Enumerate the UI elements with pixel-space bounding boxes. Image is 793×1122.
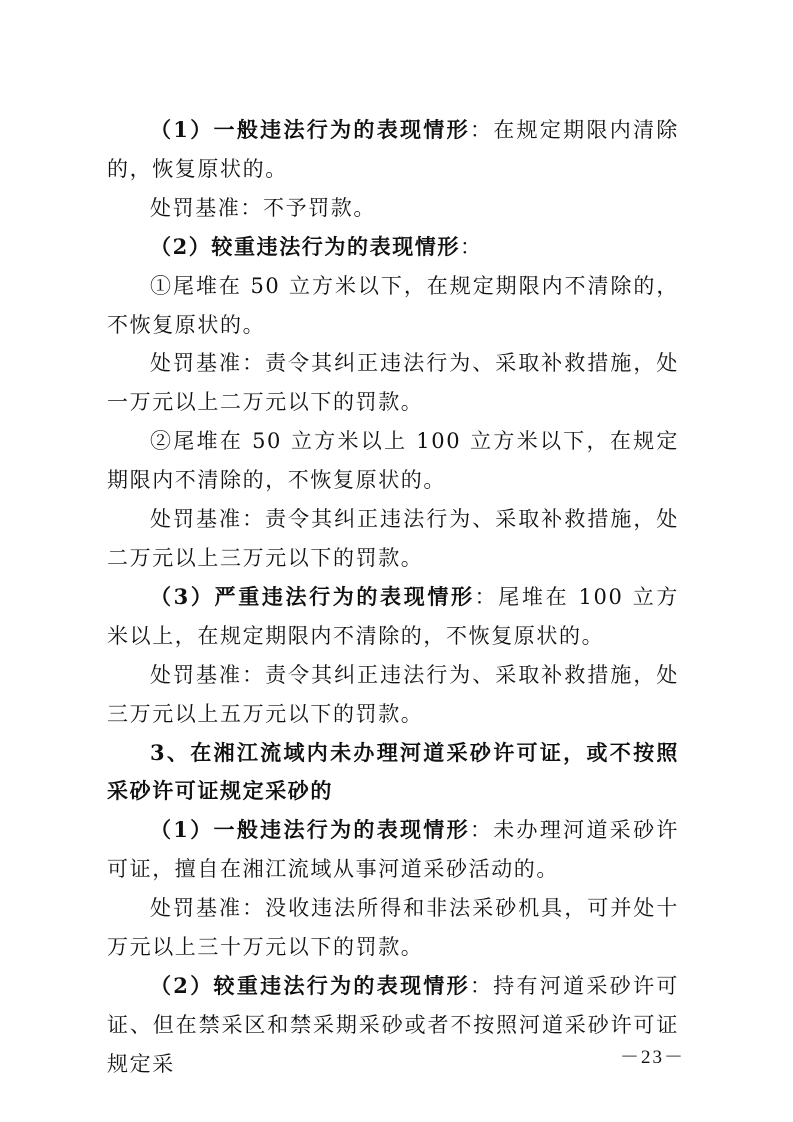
paragraph-lead: （2）较重违法行为的表现情形 bbox=[150, 234, 460, 259]
paragraph-text: 处罚基准：责令其纠正违法行为、采取补救措施，处一万元以上二万元以下的罚款。 bbox=[107, 351, 679, 414]
paragraph-lead: （3）严重违法行为的表现情形 bbox=[150, 584, 475, 609]
document-page: （1）一般违法行为的表现情形：在规定期限内清除的，恢复原状的。 处罚基准：不予罚… bbox=[107, 111, 679, 1084]
paragraph-penalty-standard: 处罚基准：责令其纠正违法行为、采取补救措施，处三万元以上五万元以下的罚款。 bbox=[107, 656, 679, 734]
paragraph-lead: （2）较重违法行为的表现情形 bbox=[150, 973, 470, 998]
page-number: －23－ bbox=[620, 1042, 685, 1069]
paragraph-text: ①尾堆在 50 立方米以下，在规定期限内不清除的，不恢复原状的。 bbox=[107, 274, 679, 337]
paragraph-case-1: ①尾堆在 50 立方米以下，在规定期限内不清除的，不恢复原状的。 bbox=[107, 267, 679, 345]
paragraph-serious-violation: （2）较重违法行为的表现情形： bbox=[107, 228, 679, 267]
paragraph-text: 处罚基准：不予罚款。 bbox=[150, 196, 376, 220]
paragraph-penalty-standard: 处罚基准：责令其纠正违法行为、采取补救措施，处一万元以上二万元以下的罚款。 bbox=[107, 344, 679, 422]
paragraph-penalty-standard: 处罚基准：不予罚款。 bbox=[107, 189, 679, 228]
paragraph-serious-violation: （2）较重违法行为的表现情形：持有河道采砂许可证、但在禁采区和禁采期采砂或者不按… bbox=[107, 967, 679, 1084]
paragraph-lead: （1）一般违法行为的表现情形 bbox=[150, 117, 470, 142]
paragraph-general-violation: （1）一般违法行为的表现情形：在规定期限内清除的，恢复原状的。 bbox=[107, 111, 679, 189]
paragraph-case-2: ②尾堆在 50 立方米以上 100 立方米以下，在规定期限内不清除的，不恢复原状… bbox=[107, 422, 679, 500]
paragraph-severe-violation: （3）严重违法行为的表现情形：尾堆在 100 立方米以上，在规定期限内不清除的，… bbox=[107, 578, 679, 656]
paragraph-general-violation: （1）一般违法行为的表现情形：未办理河道采砂许可证，擅自在湘江流域从事河道采砂活… bbox=[107, 811, 679, 889]
paragraph-text: ②尾堆在 50 立方米以上 100 立方米以下，在规定期限内不清除的，不恢复原状… bbox=[107, 429, 679, 492]
paragraph-lead: （1）一般违法行为的表现情形 bbox=[150, 817, 470, 842]
paragraph-penalty-standard: 处罚基准：责令其纠正违法行为、采取补救措施，处二万元以上三万元以下的罚款。 bbox=[107, 500, 679, 578]
paragraph-text: 处罚基准：没收违法所得和非法采砂机具，可并处十万元以上三十万元以下的罚款。 bbox=[107, 896, 679, 959]
paragraph-penalty-standard: 处罚基准：没收违法所得和非法采砂机具，可并处十万元以上三十万元以下的罚款。 bbox=[107, 889, 679, 967]
paragraph-text: 处罚基准：责令其纠正违法行为、采取补救措施，处二万元以上三万元以下的罚款。 bbox=[107, 507, 679, 570]
paragraph-text: 处罚基准：责令其纠正违法行为、采取补救措施，处三万元以上五万元以下的罚款。 bbox=[107, 663, 679, 726]
section-heading: 3、在湘江流域内未办理河道采砂许可证，或不按照采砂许可证规定采砂的 bbox=[107, 734, 679, 812]
paragraph-text: ： bbox=[460, 235, 483, 259]
